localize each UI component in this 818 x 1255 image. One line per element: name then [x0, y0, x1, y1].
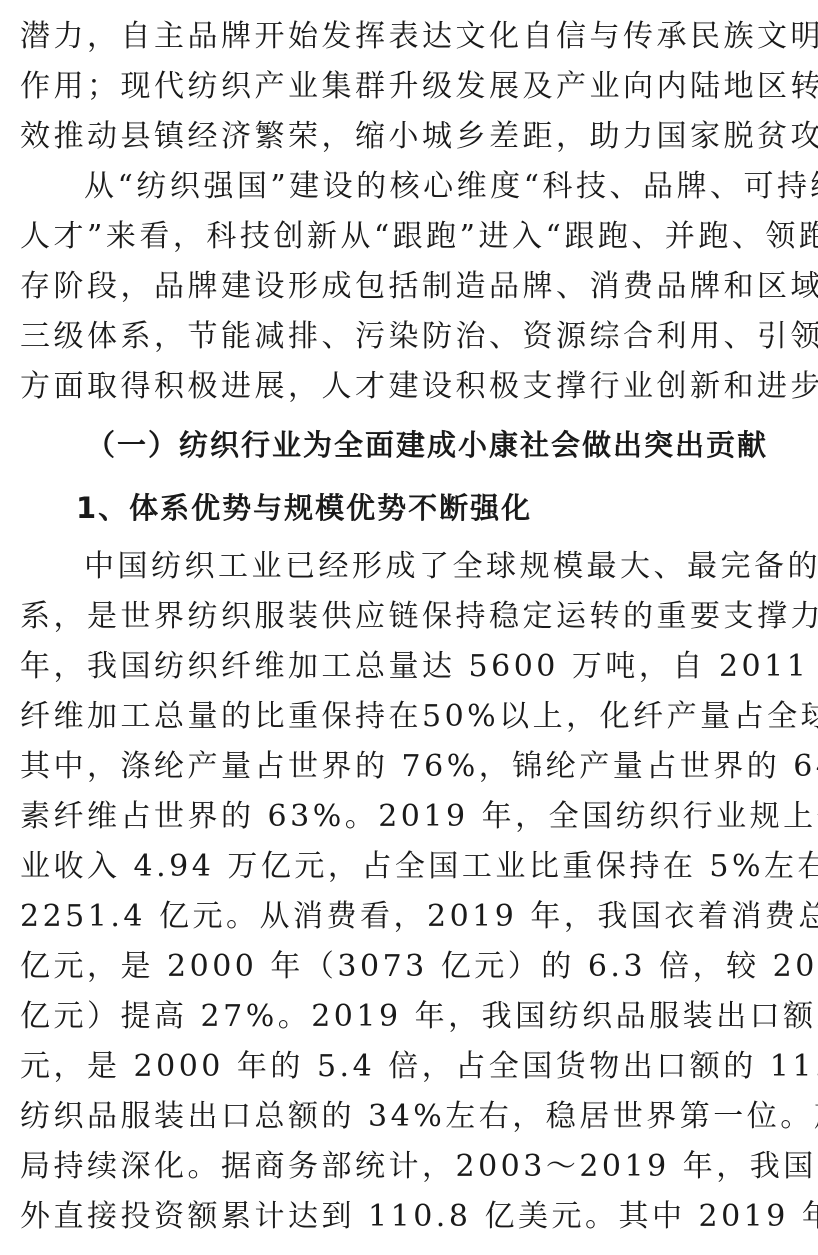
text-line: 亿元，是 2000 年（3073 亿元）的 6.3 倍，较 2012 年（1.5…	[20, 942, 800, 992]
text-line: 亿元）提高 27%。2019 年，我国纺织品服装出口额达 2807 亿美	[20, 992, 800, 1042]
subsection-heading: 1、体系优势与规模优势不断强化	[76, 483, 532, 533]
text-line: 纤维加工总量的比重保持在50%以上，化纤产量占全球的71.71%，	[20, 692, 800, 742]
text-line: 纺织品服装出口总额的 34%左右，稳居世界第一位。产业国际布	[20, 1092, 800, 1142]
text-line: 素纤维占世界的 63%。2019 年，全国纺织行业规上企业实现营	[20, 792, 800, 842]
text-line: 作用；现代纺织产业集群升级发展及产业向内陆地区转移，有	[20, 62, 800, 112]
text-line: 其中，涤纶产量占世界的 76%，锦纶产量占世界的 64.8%，纤维	[20, 742, 800, 792]
text-line: 外直接投资额累计达到 110.8 亿美元。其中 2019 年对外投资总	[20, 1192, 800, 1242]
text-line: 局持续深化。据商务部统计，2003～2019 年，我国纺织行业对	[20, 1142, 800, 1192]
text-line: 存阶段，品牌建设形成包括制造品牌、消费品牌和区域品牌的	[20, 262, 800, 312]
text-line: 中国纺织工业已经形成了全球规模最大、最完备的产业体	[84, 542, 800, 592]
text-line: 系，是世界纺织服装供应链保持稳定运转的重要支撑力量。2019	[20, 592, 800, 642]
text-line: 三级体系，节能减排、污染防治、资源综合利用、引领绿色消费	[20, 312, 800, 362]
text-line: 潜力，自主品牌开始发挥表达文化自信与传承民族文明的重要	[20, 12, 800, 62]
text-line: 2251.4 亿元。从消费看，2019 年，我国衣着消费总额达 1.9 万	[20, 892, 800, 942]
text-line: 效推动县镇经济繁荣，缩小城乡差距，助力国家脱贫攻坚。	[20, 112, 800, 162]
text-line: 业收入 4.94 万亿元，占全国工业比重保持在 5%左右，利润总额	[20, 842, 800, 892]
text-line: 人才”来看，科技创新从“跟跑”进入“跟跑、并跑、领跑”并	[20, 212, 800, 262]
text-line: 方面取得积极进展，人才建设积极支撑行业创新和进步。	[20, 362, 800, 412]
text-line: 年，我国纺织纤维加工总量达 5600 万吨，自 2011 年起占全球	[20, 642, 800, 692]
text-line: 元，是 2000 年的 5.4 倍，占全国货物出口额的 11.24%，占世界	[20, 1042, 800, 1092]
document-page: 潜力，自主品牌开始发挥表达文化自信与传承民族文明的重要 作用；现代纺织产业集群升…	[0, 0, 818, 1255]
text-line: 从“纺织强国”建设的核心维度“科技、品牌、可持续发展、	[84, 162, 800, 212]
section-heading: （一）纺织行业为全面建成小康社会做出突出贡献	[86, 420, 768, 470]
